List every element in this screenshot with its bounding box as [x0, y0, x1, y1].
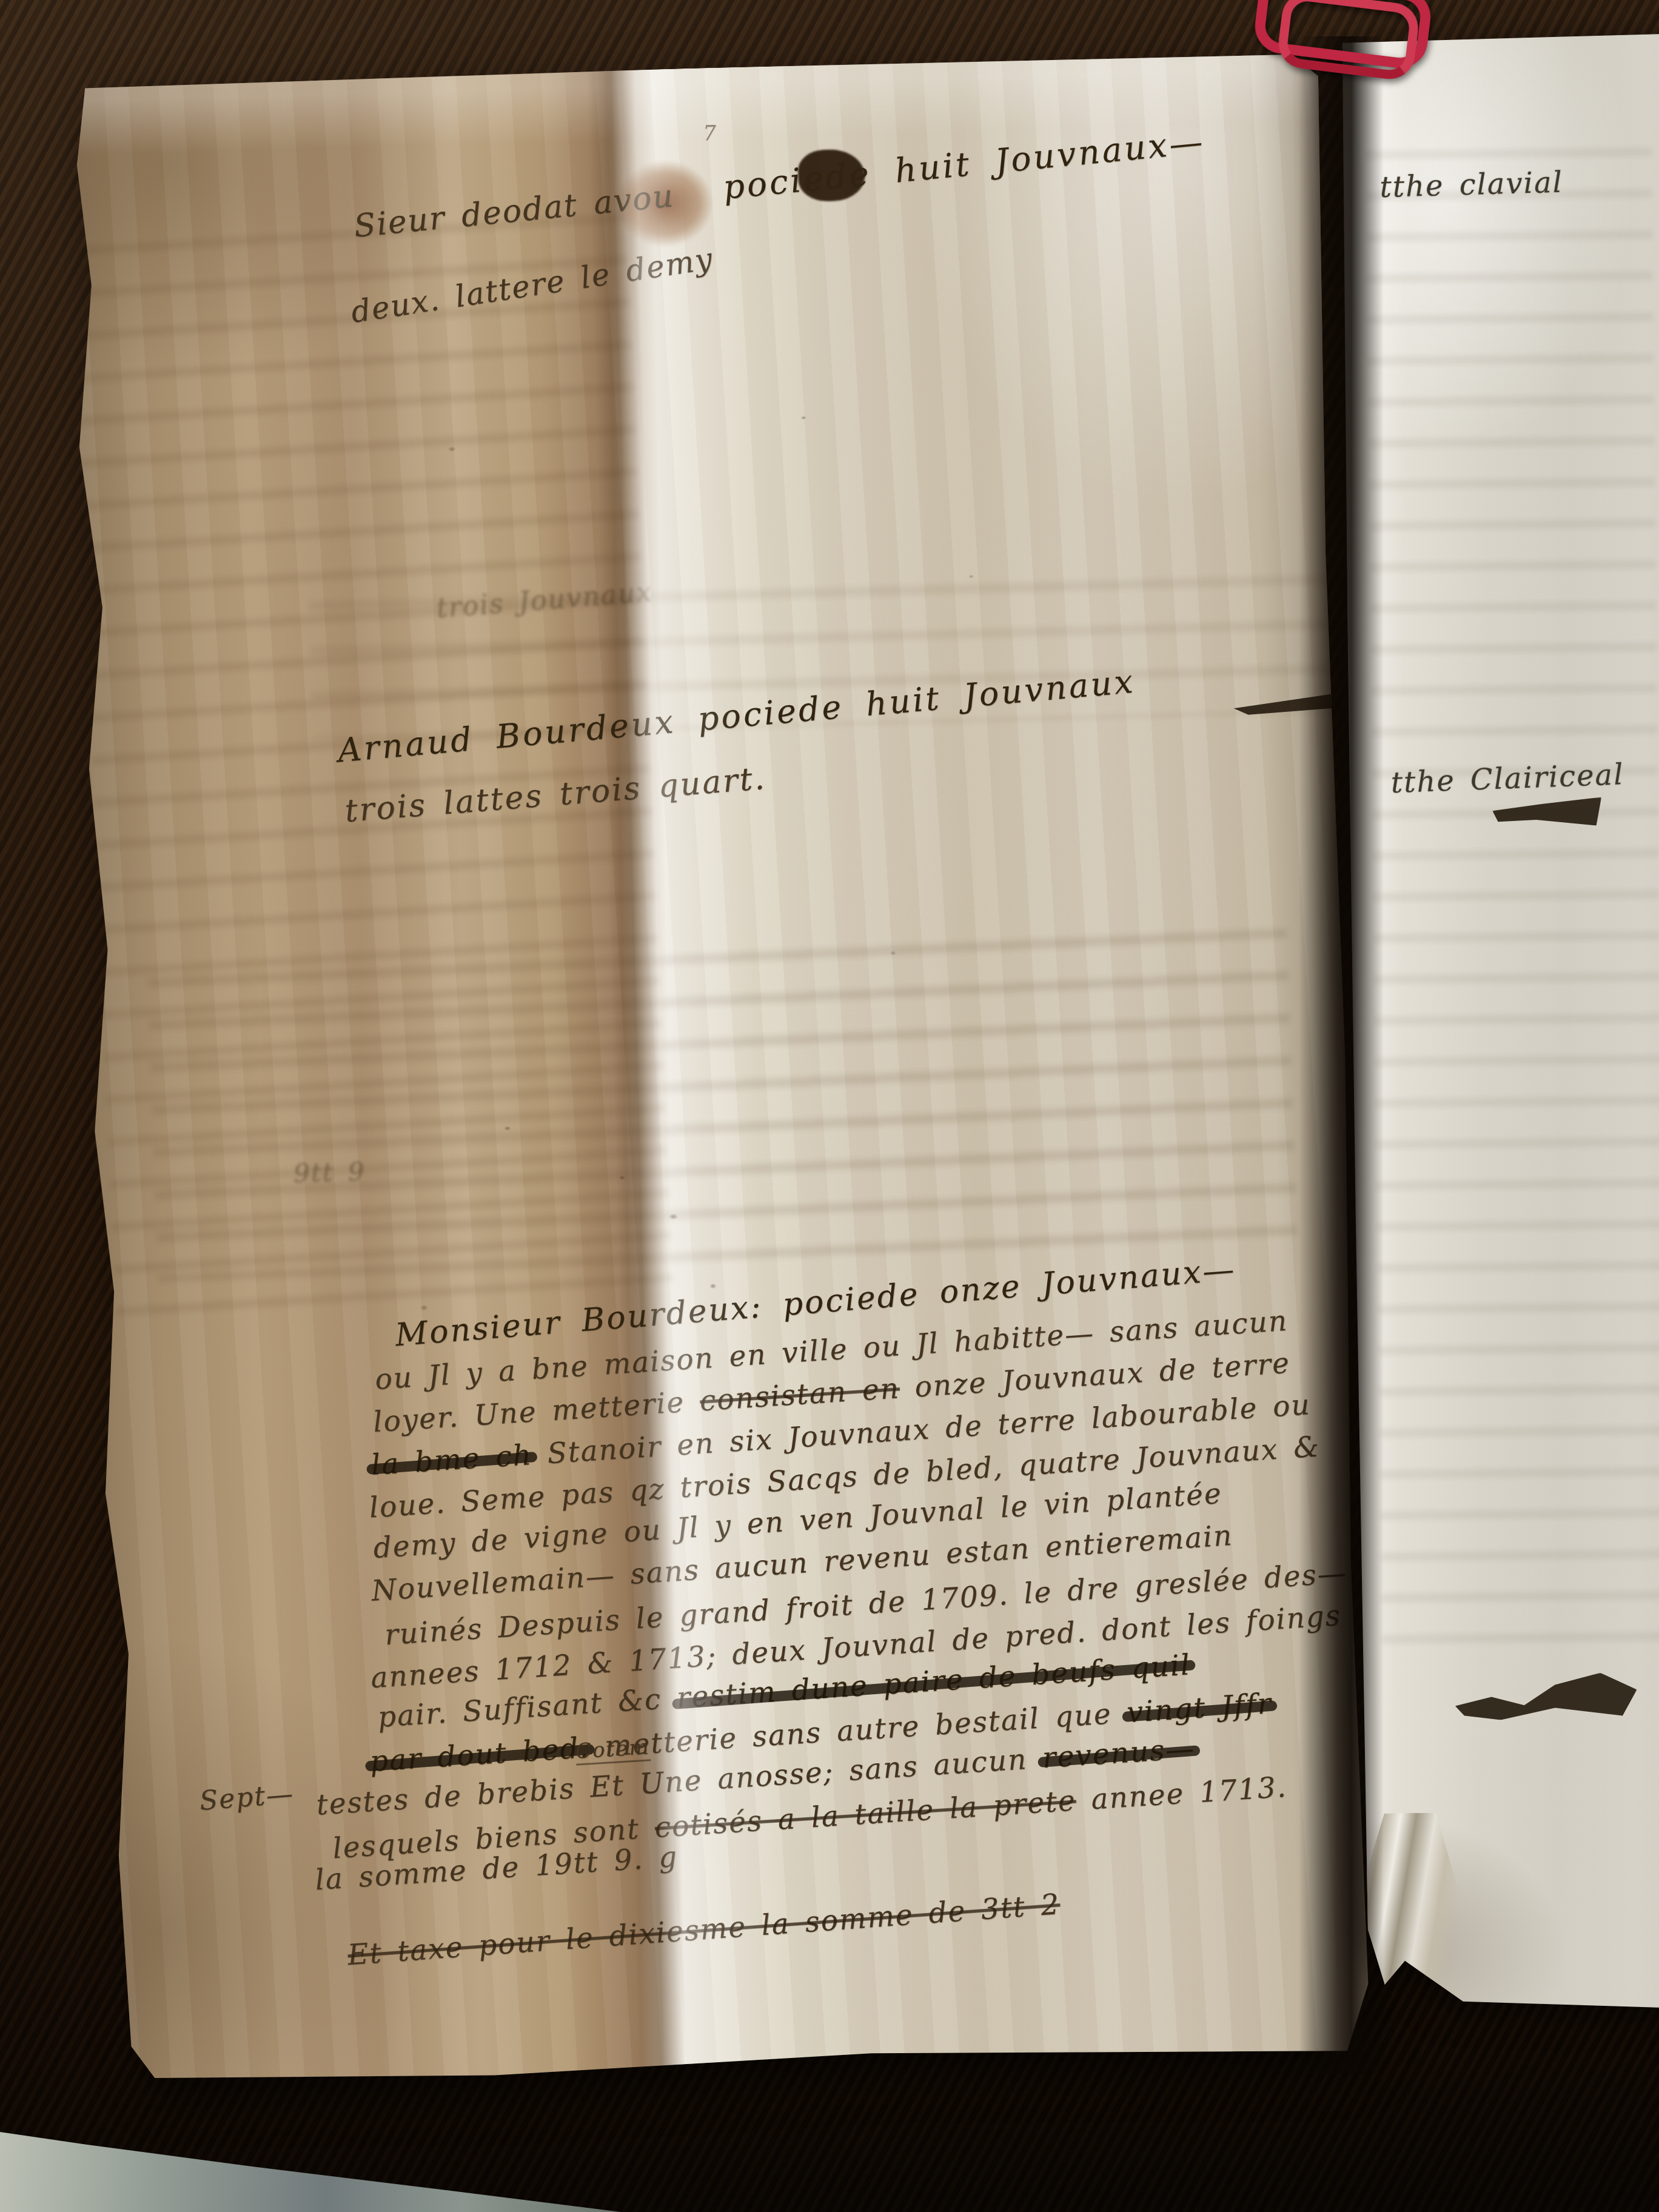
bleedthrough-text-ghost [147, 915, 1298, 1282]
margin-note-sept: Sept— [198, 1778, 295, 1817]
folio-number: 7 [703, 121, 718, 146]
handwriting-arnaud-line2: trois lattes trois quart. [344, 760, 768, 829]
faint-bleedthrough-fragment: trois Jouvnaux [435, 576, 654, 624]
ink-dash-blot [1492, 797, 1602, 830]
line11-struck-text: vingt Jffr [1126, 1687, 1273, 1729]
manuscript-right-page: tthe clavial tthe Clairiceal [1341, 33, 1659, 2013]
handwriting-arnaud-line1: Arnaud Bourdeux pociede huit Jouvnaux [336, 662, 1136, 770]
line4-struck-text: la bme ch [370, 1438, 533, 1482]
inserted-word-cotem: Cotem [575, 1735, 651, 1765]
handwriting-deodat-line1-right: pociede huit Jouvnaux— [722, 122, 1207, 207]
faint-bleedthrough-fragment: 9tt 9 [293, 1156, 366, 1188]
line12-struck-text: revenus— [1041, 1732, 1196, 1775]
line3-struck-text: consistan en [699, 1372, 900, 1418]
right-page-header: tthe clavial [1379, 166, 1564, 204]
right-page-mid-note: tthe Clairiceal [1390, 757, 1625, 800]
bleedthrough-text-ghost [1366, 125, 1659, 1644]
handwriting-tax-line: Et taxe pour le dixiesme la somme de 3tt… [346, 1888, 1061, 1972]
line11-struck-text: par dout bed. [369, 1731, 591, 1778]
book-gutter-shadow [1299, 36, 1384, 2074]
ink-dash-blot [1455, 1672, 1637, 1732]
line13-text: annee 1713. [1075, 1771, 1288, 1817]
manuscript-left-page: 7 Sieur deodat avou pociede huit Jouvnau… [65, 52, 1375, 2097]
